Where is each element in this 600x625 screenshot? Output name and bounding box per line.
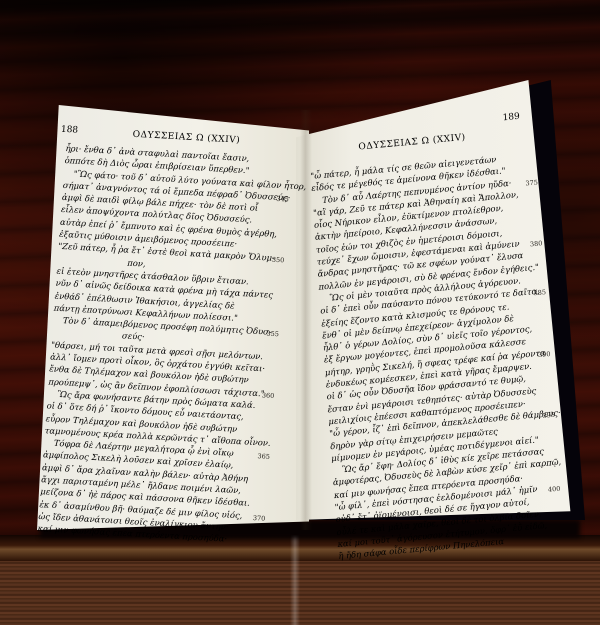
line-number: 400 (548, 483, 561, 496)
line-number: 385 (533, 286, 546, 299)
line-number: 375 (525, 176, 538, 189)
right-page-lines: "ὦ πάτερ, ἦ μάλα τίς σε θεῶν αἰειγενετάω… (310, 149, 570, 563)
line-number: 365 (257, 450, 270, 463)
line-number: 345 (276, 193, 289, 206)
page-number: 188 (60, 124, 78, 137)
line-number: 395 (542, 409, 555, 422)
line-number: 390 (538, 348, 551, 361)
page-number: 189 (502, 111, 520, 125)
left-page-lines: ἦρι· ἔνθα δ᾽ ἀνὰ σταφυλαὶ παντοῖαι ἔασιν… (37, 142, 308, 548)
line-number: 370 (252, 512, 265, 525)
line-number: 350 (271, 254, 284, 267)
line-number: 380 (530, 237, 543, 250)
left-page-text: 188 ΟΔΥΣΣΕΙΑΣ Ω (XXIV) ἦρι· ἔνθα δ᾽ ἀνὰ … (37, 142, 308, 548)
wooden-table-edge (0, 535, 600, 625)
right-page-text: 189 ΟΔΥΣΣΕΙΑΣ Ω (XXIV) "ὦ πάτερ, ἦ μάλα … (310, 149, 570, 563)
line-number: 360 (262, 389, 275, 402)
line-number: 355 (266, 328, 279, 341)
